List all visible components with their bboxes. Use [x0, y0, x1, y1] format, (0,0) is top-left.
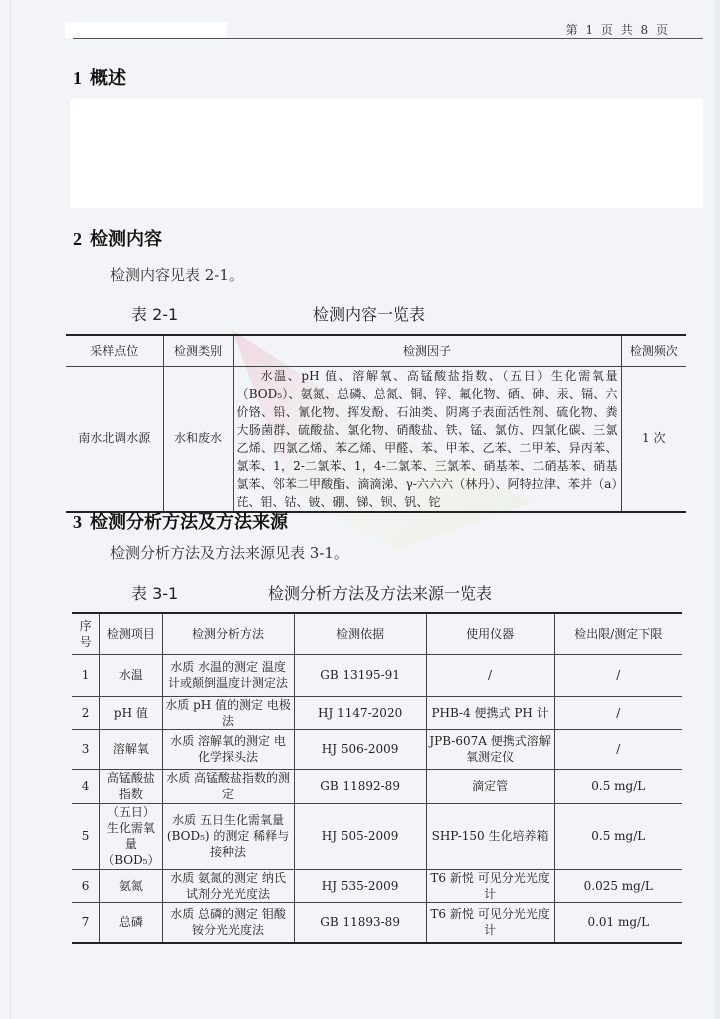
cell-limit: 0.025 mg/L	[554, 869, 682, 902]
cell-method: 水质 总磷的测定 钼酸铵分光光度法	[162, 903, 294, 943]
table-3-1: 序号 检测项目 检测分析方法 检测依据 使用仪器 检出限/测定下限 1 水温 水…	[72, 612, 682, 944]
table-row: 2 pH 值 水质 pH 值的测定 电极法 HJ 1147-2020 PHB-4…	[72, 696, 682, 729]
cell-standard: HJ 1147-2020	[294, 696, 426, 729]
col-header-method: 检测分析方法	[162, 613, 294, 654]
cell-instrument: T6 新悦 可见分光光度计	[426, 869, 554, 902]
page-right-edge	[714, 0, 720, 1019]
col-header-instrument: 使用仪器	[426, 613, 554, 654]
table-row: 6 氨氮 水质 氨氮的测定 纳氏试剂分光光度法 HJ 535-2009 T6 新…	[72, 869, 682, 902]
section-1-heading: 1概述	[73, 64, 126, 90]
cell-no: 6	[72, 869, 100, 902]
col-header-standard: 检测依据	[294, 613, 426, 654]
cell-method: 水质 pH 值的测定 电极法	[162, 696, 294, 729]
cell-item: （五日）生化需氧量（BOD₅）	[100, 803, 162, 869]
cell-no: 2	[72, 696, 100, 729]
cell-frequency: 1 次	[621, 366, 686, 512]
cell-no: 3	[72, 729, 100, 769]
table-2-1-title: 检测内容一览表	[313, 302, 425, 325]
cell-standard: HJ 535-2009	[294, 869, 426, 902]
cell-method: 水质 溶解氧的测定 电化学探头法	[162, 729, 294, 769]
cell-instrument: SHP-150 生化培养箱	[426, 803, 554, 869]
table-row: 4 高锰酸盐指数 水质 高锰酸盐指数的测定 GB 11892-89 滴定管 0.…	[72, 769, 682, 803]
cell-instrument: 滴定管	[426, 769, 554, 803]
cell-method: 水质 高锰酸盐指数的测定	[162, 769, 294, 803]
header-redacted-area	[65, 22, 227, 38]
cell-item: 溶解氧	[100, 729, 162, 769]
col-header-no: 序号	[72, 613, 100, 654]
section-number: 2	[73, 229, 82, 249]
cell-limit: 0.5 mg/L	[554, 803, 682, 869]
table-2-1-label: 表 2-1	[131, 302, 178, 325]
section-title: 检测分析方法及方法来源	[90, 512, 288, 533]
header-rule	[73, 38, 703, 39]
cell-standard: GB 11893-89	[294, 903, 426, 943]
table-header-row: 序号 检测项目 检测分析方法 检测依据 使用仪器 检出限/测定下限	[72, 613, 682, 654]
cell-standard: GB 13195-91	[294, 654, 426, 696]
table-2-1: 采样点位 检测类别 检测因子 检测频次 南水北调水源 水和废水 水温、pH 值、…	[66, 334, 686, 513]
section-2-heading: 2检测内容	[73, 225, 162, 251]
section-2-body: 检测内容见表 2-1。	[110, 264, 244, 285]
cell-no: 1	[72, 654, 100, 696]
cell-item: 高锰酸盐指数	[100, 769, 162, 803]
cell-limit: /	[554, 654, 682, 696]
cell-instrument: PHB-4 便携式 PH 计	[426, 696, 554, 729]
cell-instrument: T6 新悦 可见分光光度计	[426, 903, 554, 943]
section-number: 1	[73, 68, 82, 88]
cell-factors: 水温、pH 值、溶解氧、高锰酸盐指数、（五日）生化需氧量（BOD₅）、氨氮、总磷…	[233, 366, 621, 512]
cell-method: 水质 水温的测定 温度计或颠倒温度计测定法	[162, 654, 294, 696]
table-row: 7 总磷 水质 总磷的测定 钼酸铵分光光度法 GB 11893-89 T6 新悦…	[72, 903, 682, 943]
cell-site: 南水北调水源	[66, 366, 163, 512]
col-header-frequency: 检测频次	[621, 335, 686, 366]
section-title: 检测内容	[90, 229, 162, 250]
cell-limit: 0.01 mg/L	[554, 903, 682, 943]
col-header-item: 检测项目	[100, 613, 162, 654]
cell-no: 5	[72, 803, 100, 869]
section-title: 概述	[90, 68, 126, 89]
col-header-factors: 检测因子	[233, 335, 621, 366]
section-number: 3	[73, 512, 82, 532]
col-header-site: 采样点位	[66, 335, 163, 366]
section-3-heading: 3检测分析方法及方法来源	[73, 508, 288, 534]
cell-limit: 0.5 mg/L	[554, 769, 682, 803]
table-row: 南水北调水源 水和废水 水温、pH 值、溶解氧、高锰酸盐指数、（五日）生化需氧量…	[66, 366, 686, 512]
cell-method: 水质 氨氮的测定 纳氏试剂分光光度法	[162, 869, 294, 902]
col-header-limit: 检出限/测定下限	[554, 613, 682, 654]
cell-item: 氨氮	[100, 869, 162, 902]
col-header-category: 检测类别	[163, 335, 233, 366]
cell-limit: /	[554, 729, 682, 769]
cell-no: 4	[72, 769, 100, 803]
page-indicator: 第 1 页 共 8 页	[566, 21, 670, 38]
table-3-1-label: 表 3-1	[131, 581, 178, 604]
cell-item: 总磷	[100, 903, 162, 943]
page-edge	[10, 0, 11, 1019]
cell-instrument: JPB-607A 便携式溶解氧测定仪	[426, 729, 554, 769]
section-1-redacted-body	[70, 99, 703, 208]
cell-method: 水质 五日生化需氧量(BOD₅) 的测定 稀释与接种法	[162, 803, 294, 869]
cell-instrument: /	[426, 654, 554, 696]
table-row: 3 溶解氧 水质 溶解氧的测定 电化学探头法 HJ 506-2009 JPB-6…	[72, 729, 682, 769]
cell-standard: HJ 505-2009	[294, 803, 426, 869]
table-row: 5 （五日）生化需氧量（BOD₅） 水质 五日生化需氧量(BOD₅) 的测定 稀…	[72, 803, 682, 869]
table-3-1-title: 检测分析方法及方法来源一览表	[268, 581, 492, 604]
table-header-row: 采样点位 检测类别 检测因子 检测频次	[66, 335, 686, 366]
cell-category: 水和废水	[163, 366, 233, 512]
cell-no: 7	[72, 903, 100, 943]
cell-standard: GB 11892-89	[294, 769, 426, 803]
section-3-body: 检测分析方法及方法来源见表 3-1。	[110, 542, 349, 563]
cell-item: 水温	[100, 654, 162, 696]
table-row: 1 水温 水质 水温的测定 温度计或颠倒温度计测定法 GB 13195-91 /…	[72, 654, 682, 696]
cell-item: pH 值	[100, 696, 162, 729]
cell-limit: /	[554, 696, 682, 729]
cell-standard: HJ 506-2009	[294, 729, 426, 769]
